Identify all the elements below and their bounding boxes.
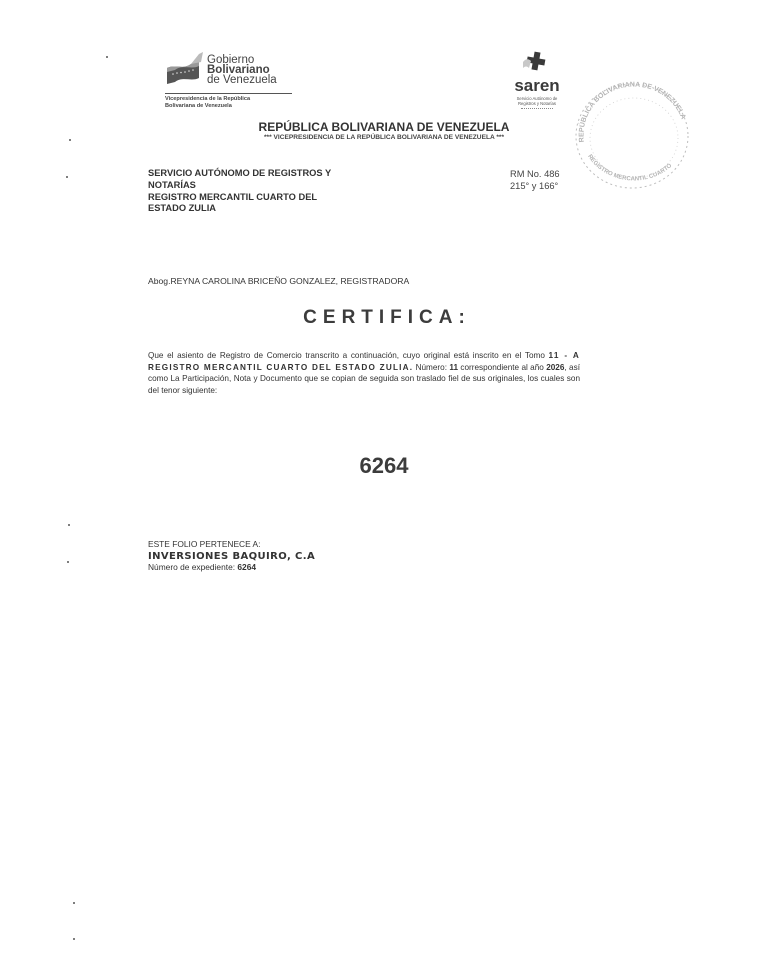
year-value: 2026 [546,363,564,372]
office-line: SERVICIO AUTÓNOMO DE REGISTROS Y [148,168,331,180]
expediente-label: Número de expediente: [148,562,237,572]
rm-number: RM No. 486 [510,169,560,181]
scan-speck [73,902,75,904]
vicepresidency-subtitle: *** VICEPRESIDENCIA DE LA REPÚBLICA BOLI… [0,134,768,141]
folio-number: 6264 [0,453,768,479]
company-name: INVERSIONES BAQUIRO, C.A [148,551,315,563]
rm-block: RM No. 486 215° y 166° [510,169,560,193]
rm-years: 215° y 166° [510,181,560,193]
scan-speck [66,176,68,178]
body-text-part: Que el asiento de Registro de Comercio t… [148,351,549,360]
gobierno-divider [165,93,292,94]
saren-subtitle: Servicio Autónomo de Registros y Notaría… [507,96,567,106]
office-line: REGISTRO MERCANTIL CUARTO DEL [148,192,331,204]
body-text-part: Número: [413,363,449,372]
gobierno-logo-text: Gobierno Bolivariano de Venezuela [207,55,277,85]
certification-paragraph: Que el asiento de Registro de Comercio t… [148,350,580,396]
svg-text:REGISTRO MERCANTIL CUARTO: REGISTRO MERCANTIL CUARTO [586,154,673,183]
folio-owner-block: ESTE FOLIO PERTENECE A: INVERSIONES BAQU… [148,539,315,574]
gobierno-sub1: Vicepresidencia de la República [165,96,250,103]
expediente-number: 6264 [237,562,256,572]
certifica-heading: CERTIFICA: [0,307,768,329]
scan-speck [106,56,108,58]
office-block: SERVICIO AUTÓNOMO DE REGISTROS Y NOTARÍA… [148,168,331,215]
republic-title: REPÚBLICA BOLIVARIANA DE VENEZUELA [0,120,768,134]
expediente-line: Número de expediente: 6264 [148,562,315,574]
office-line: NOTARÍAS [148,180,331,192]
gobierno-sub2: Bolivariana de Venezuela [165,103,250,110]
scan-speck [67,561,69,563]
scan-speck [69,139,71,141]
saren-mark-icon [523,50,551,74]
scan-speck [73,938,75,940]
saren-wordmark: saren [507,78,567,94]
registrar-name: Abog.REYNA CAROLINA BRICEÑO GONZALEZ, RE… [148,276,409,286]
saren-logo: saren Servicio Autónomo de Registros y N… [507,50,567,120]
gobierno-subtitle: Vicepresidencia de la República Bolivari… [165,96,250,109]
saren-divider [521,108,553,110]
scan-speck [68,524,70,526]
saren-sub2: Registros y Notarías [507,101,567,106]
folio-label: ESTE FOLIO PERTENECE A: [148,539,315,551]
office-line: ESTADO ZULIA [148,203,331,215]
body-text-part: correspondiente al año [458,363,546,372]
gobierno-line3: de Venezuela [207,75,277,85]
numero-value: 11 [449,363,458,372]
venezuela-flag-icon [165,50,205,90]
stamp-bottom-text: REGISTRO MERCANTIL CUARTO [586,154,673,183]
gobierno-bolivariano-logo: Gobierno Bolivariano de Venezuela Vicepr… [165,48,325,118]
